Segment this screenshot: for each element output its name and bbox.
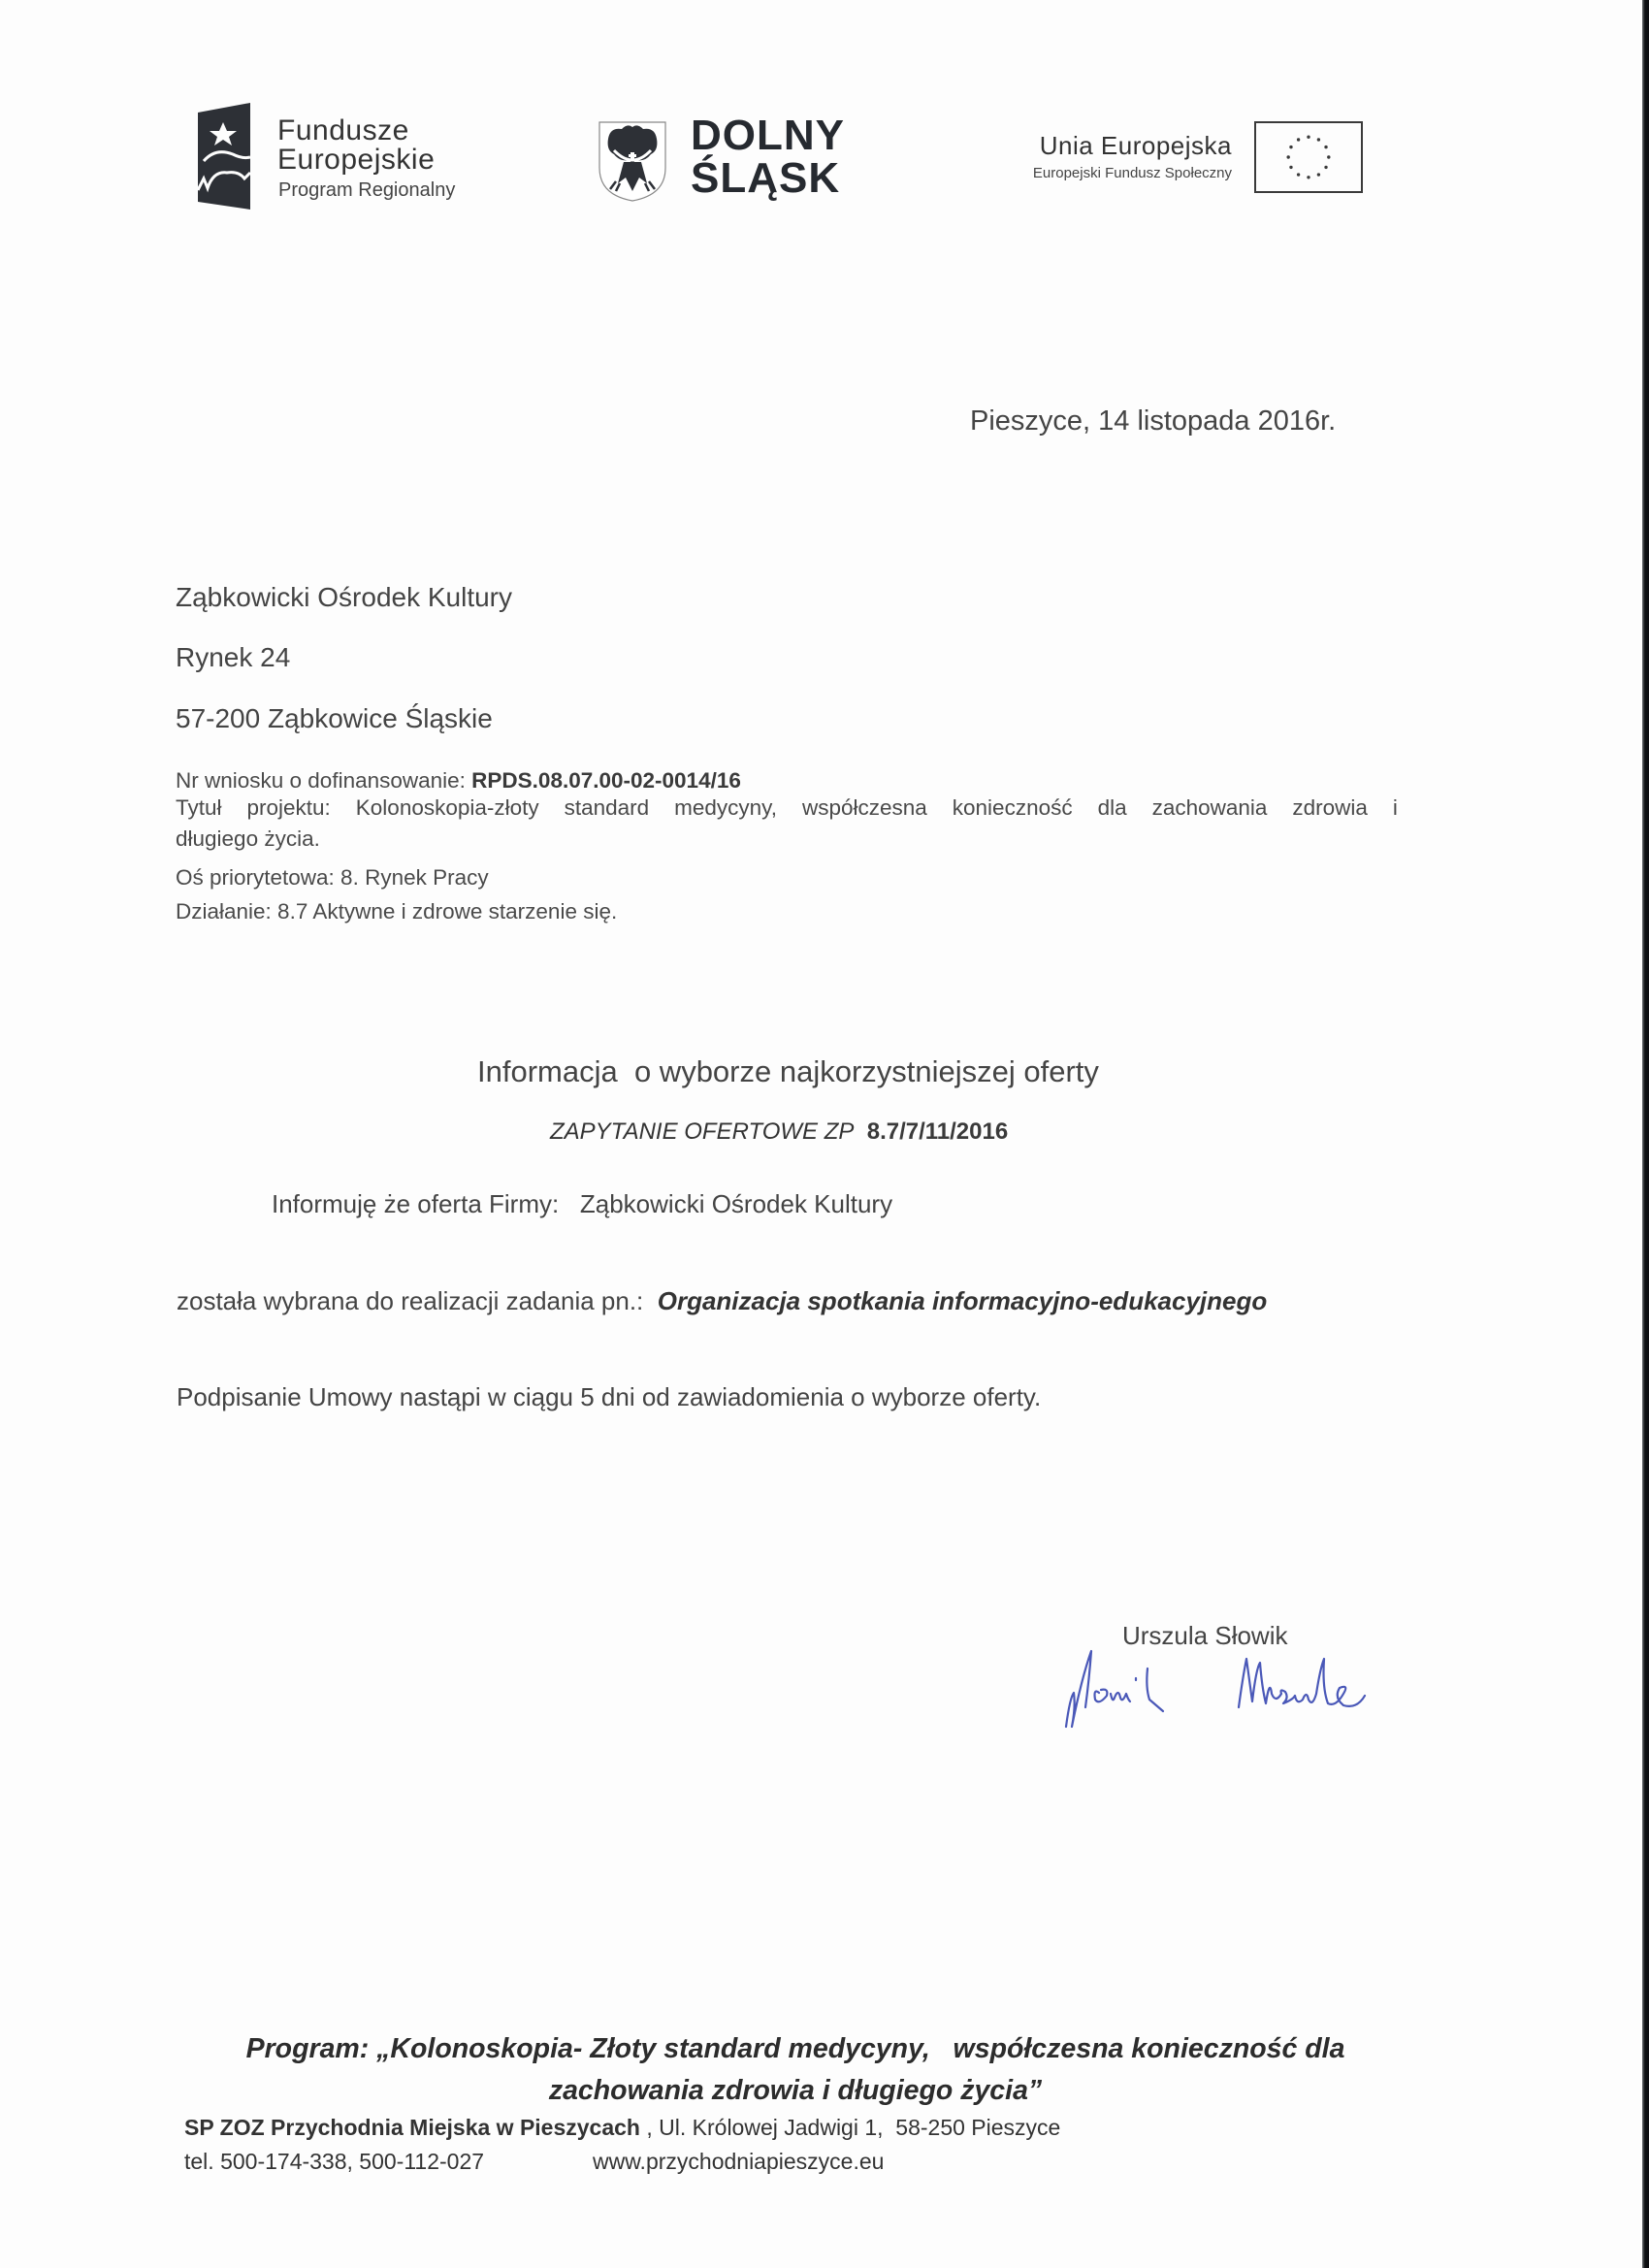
footer-phones: tel. 500-174-338, 500-112-027: [184, 2149, 484, 2175]
project-title-word: zdrowia: [1292, 795, 1368, 821]
document-subject: Informacja o wyborze najkorzystniejszej …: [477, 1054, 1099, 1089]
project-title-word: standard: [565, 795, 650, 821]
project-title-word: projektu:: [247, 795, 331, 821]
project-title-word: współczesna: [802, 795, 927, 821]
inform-line: Informuję że oferta Firmy: Ząbkowicki Oś…: [272, 1189, 892, 1219]
application-number-label: Nr wniosku o dofinansowanie:: [176, 768, 471, 793]
footer-organization: SP ZOZ Przychodnia Miejska w Pieszycach …: [184, 2115, 1060, 2141]
project-title-word: Kolonoskopia-złoty: [356, 795, 539, 821]
application-number-value: RPDS.08.07.00-02-0014/16: [471, 768, 741, 793]
footer-org-name: SP ZOZ Przychodnia Miejska w Pieszycach: [184, 2115, 640, 2140]
fe-logo-text-line1: Fundusze: [277, 114, 409, 147]
eu-logo-text-line1: Unia Europejska: [1040, 131, 1232, 161]
recipient-city: 57-200 Ząbkowice Śląskie: [176, 703, 493, 734]
selected-label: została wybrana do realizacji zadania pn…: [177, 1286, 643, 1315]
inquiry-number: 8.7/7/11/2016: [867, 1118, 1008, 1145]
footer-website-link[interactable]: www.przychodniapieszyce.eu: [593, 2149, 884, 2175]
fe-logo-text-line2: Europejskie: [277, 144, 435, 177]
inform-label: Informuję że oferta Firmy:: [272, 1189, 559, 1218]
selected-task: Organizacja spotkania informacyjno-eduka…: [658, 1286, 1268, 1315]
inquiry-reference: ZAPYTANIE OFERTOWE ZP 8.7/7/11/2016: [550, 1118, 1008, 1146]
project-title-word: medycyny,: [674, 795, 777, 821]
priority-axis: Oś priorytetowa: 8. Rynek Pracy: [176, 863, 489, 892]
project-title-line1: Tytułprojektu:Kolonoskopia-złotystandard…: [176, 795, 1398, 821]
footer-program-line2: zachowania zdrowia i długiego życia”: [0, 2075, 1591, 2107]
inform-company: Ząbkowicki Ośrodek Kultury: [580, 1189, 892, 1218]
selected-line: została wybrana do realizacji zadania pn…: [177, 1286, 1267, 1316]
project-title-word: konieczność: [953, 795, 1073, 821]
recipient-name: Ząbkowicki Ośrodek Kultury: [176, 582, 512, 613]
fe-logo-text-line3: Program Regionalny: [278, 179, 455, 202]
contract-note: Podpisanie Umowy nastąpi w ciągu 5 dni o…: [177, 1382, 1041, 1412]
handwritten-signature: [1052, 1639, 1421, 1736]
project-title-word: dla: [1098, 795, 1127, 821]
footer-program-line1: Program: „Kolonoskopia- Złoty standard m…: [0, 2033, 1591, 2065]
application-number: Nr wniosku o dofinansowanie: RPDS.08.07.…: [176, 766, 741, 795]
project-title-line2: długiego życia.: [176, 825, 320, 854]
project-title-word: zachowania: [1152, 795, 1268, 821]
action: Działanie: 8.7 Aktywne i zdrowe starzeni…: [176, 897, 617, 926]
project-title-word: Tytuł: [176, 795, 222, 821]
place-and-date: Pieszyce, 14 listopada 2016r.: [970, 405, 1336, 437]
eagle-coat-of-arms-icon: [597, 119, 668, 203]
eu-logo-text-line2: Europejski Fundusz Społeczny: [1033, 165, 1232, 181]
project-title-word: i: [1393, 795, 1398, 821]
recipient-street: Rynek 24: [176, 642, 290, 673]
dolny-slask-logo-text-line1: DOLNY: [691, 114, 845, 157]
scan-edge-border: [1642, 0, 1649, 2268]
eu-flag-icon: [1254, 121, 1363, 193]
dolny-slask-logo-text-line2: ŚLĄSK: [691, 157, 840, 200]
fundusze-europejskie-logo-icon: [194, 101, 254, 211]
inquiry-label: ZAPYTANIE OFERTOWE ZP: [550, 1118, 854, 1145]
footer-org-address: , Ul. Królowej Jadwigi 1, 58-250 Pieszyc…: [640, 2115, 1060, 2140]
